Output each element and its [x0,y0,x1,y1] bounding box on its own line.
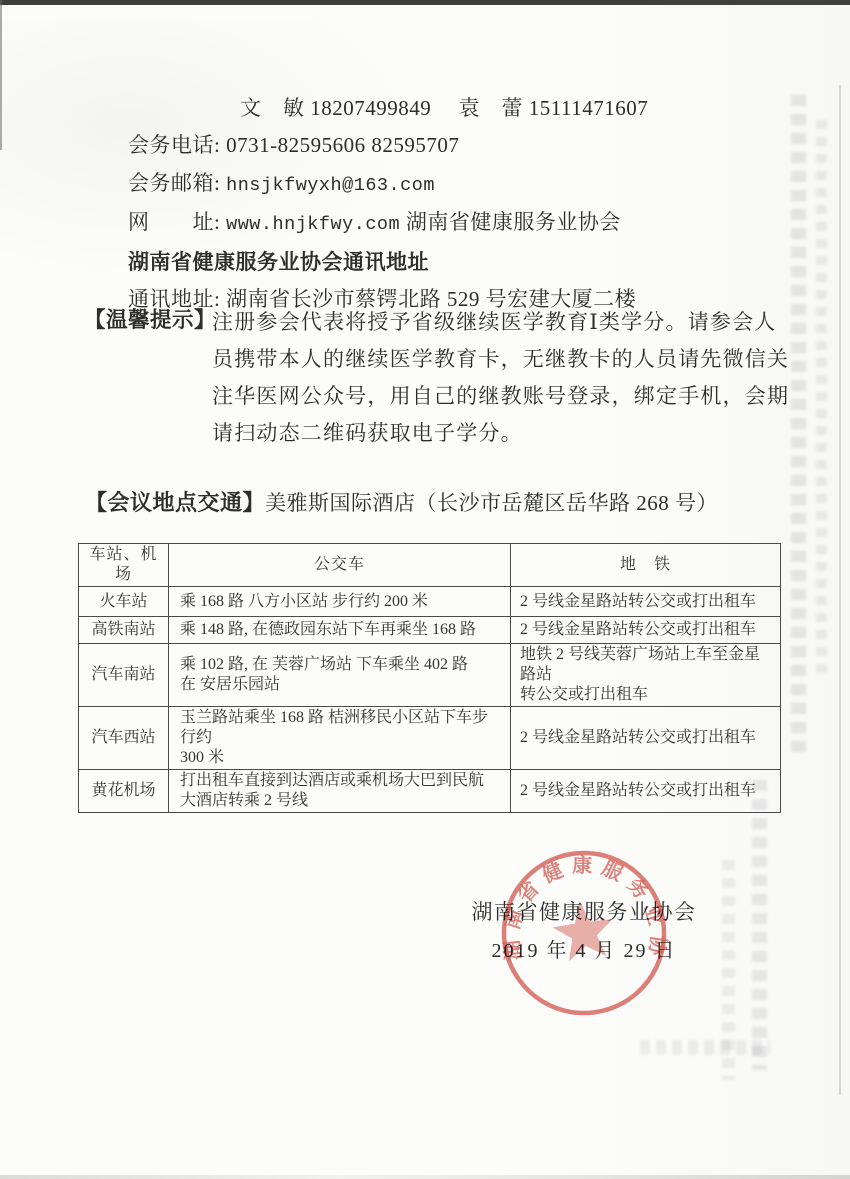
notice-line: 员携带本人的继续医学教育卡，无继教卡的人员请先微信关 [212,341,790,378]
contact-block: 文 敏 18207499849 袁 蕾 15111471607 会务电话: 07… [128,90,648,318]
official-seal: 湖南省健康服务业协会 [486,835,683,1032]
conference-phone-line: 会务电话: 0731-82595606 82595707 [128,127,648,164]
station-cell: 黄花机场 [79,770,169,813]
metro-cell: 2 号线金星路站转公交或打出租车 [511,617,781,644]
contact-persons-line: 文 敏 18207499849 袁 蕾 15111471607 [128,90,648,127]
metro-cell: 地铁 2 号线芙蓉广场站上车至金星路站转公交或打出租车 [511,644,781,707]
web-label: 网 址: [128,210,220,234]
phone-value: 0731-82595606 82595707 [226,133,459,157]
attendee2-phone: 15111471607 [529,96,648,120]
bus-cell: 乘 148 路, 在德政园东站下车再乘坐 168 路 [169,617,511,644]
venue-label: 【会议地点交通】 [85,490,265,515]
venue-text: 美雅斯国际酒店（长沙市岳麓区岳华路 268 号） [265,491,718,515]
station-cell: 汽车西站 [79,707,169,770]
notice-line: 请扫动态二维码获取电子学分。 [212,415,790,452]
transport-table: 车站、机场 公交车 地 铁 火车站乘 168 路 八方小区站 步行约 200 米… [78,543,781,813]
bleed-through-noise [816,120,827,680]
web-suffix: 湖南省健康服务业协会 [406,210,621,234]
email-value: hnsjkfwyxh@163.com [226,175,435,196]
email-label: 会务邮箱: [128,171,220,195]
station-cell: 汽车南站 [79,644,169,707]
notice-body: 注册参会代表将授予省级继续医学教育Ⅰ类学分。请参会人 员携带本人的继续医学教育卡… [212,304,790,452]
metro-cell: 2 号线金星路站转公交或打出租车 [511,770,781,813]
table-body: 火车站乘 168 路 八方小区站 步行约 200 米2 号线金星路站转公交或打出… [79,587,781,813]
table-row: 汽车西站玉兰路站乘坐 168 路 桔洲移民小区站下车步行约300 米2 号线金星… [79,707,781,770]
notice-label: 【温馨提示】 [84,303,216,334]
header-metro: 地 铁 [511,544,781,587]
header-station: 车站、机场 [79,544,169,587]
bleed-through-noise [791,95,806,755]
bus-cell: 乘 102 路, 在 芙蓉广场站 下车乘坐 402 路在 安居乐园站 [169,644,511,707]
station-cell: 火车站 [79,587,169,617]
table-header-row: 车站、机场 公交车 地 铁 [79,544,781,587]
header-bus: 公交车 [169,544,511,587]
address-title: 湖南省健康服务业协会通讯地址 [128,244,648,281]
table-row: 火车站乘 168 路 八方小区站 步行约 200 米2 号线金星路站转公交或打出… [79,587,781,617]
venue-heading: 【会议地点交通】美雅斯国际酒店（长沙市岳麓区岳华路 268 号） [85,486,718,517]
seal-star-icon [549,897,617,963]
website-line: 网 址: www.hnjkfwy.com 湖南省健康服务业协会 [128,204,648,243]
table-row: 黄花机场打出租车直接到达酒店或乘机场大巴到民航大酒店转乘 2 号线2 号线金星路… [79,770,781,813]
notice-line: 注华医网公众号，用自己的继教账号登录，绑定手机，会期 [212,378,790,415]
table-row: 高铁南站乘 148 路, 在德政园东站下车再乘坐 168 路2 号线金星路站转公… [79,617,781,644]
phone-label: 会务电话: [128,133,220,157]
attendee1-phone: 18207499849 [310,96,431,120]
attendee1-name: 文 敏 [240,96,305,120]
attendee2-name: 袁 蕾 [459,96,524,120]
bus-cell: 乘 168 路 八方小区站 步行约 200 米 [169,587,511,617]
bus-cell: 玉兰路站乘坐 168 路 桔洲移民小区站下车步行约300 米 [169,707,511,770]
bus-cell: 打出租车直接到达酒店或乘机场大巴到民航大酒店转乘 2 号线 [169,770,511,813]
bleed-through-noise [640,1040,770,1055]
metro-cell: 2 号线金星路站转公交或打出租车 [511,707,781,770]
scanned-document-page: 文 敏 18207499849 袁 蕾 15111471607 会务电话: 07… [0,0,850,1179]
station-cell: 高铁南站 [79,617,169,644]
bleed-through-noise [752,780,767,1070]
table-row: 汽车南站乘 102 路, 在 芙蓉广场站 下车乘坐 402 路在 安居乐园站地铁… [79,644,781,707]
seal-graphic: 湖南省健康服务业协会 [486,835,683,1032]
web-value: www.hnjkfwy.com [226,214,400,235]
metro-cell: 2 号线金星路站转公交或打出租车 [511,587,781,617]
conference-email-line: 会务邮箱: hnsjkfwyxh@163.com [128,165,648,204]
notice-line: 注册参会代表将授予省级继续医学教育Ⅰ类学分。请参会人 [212,304,790,341]
